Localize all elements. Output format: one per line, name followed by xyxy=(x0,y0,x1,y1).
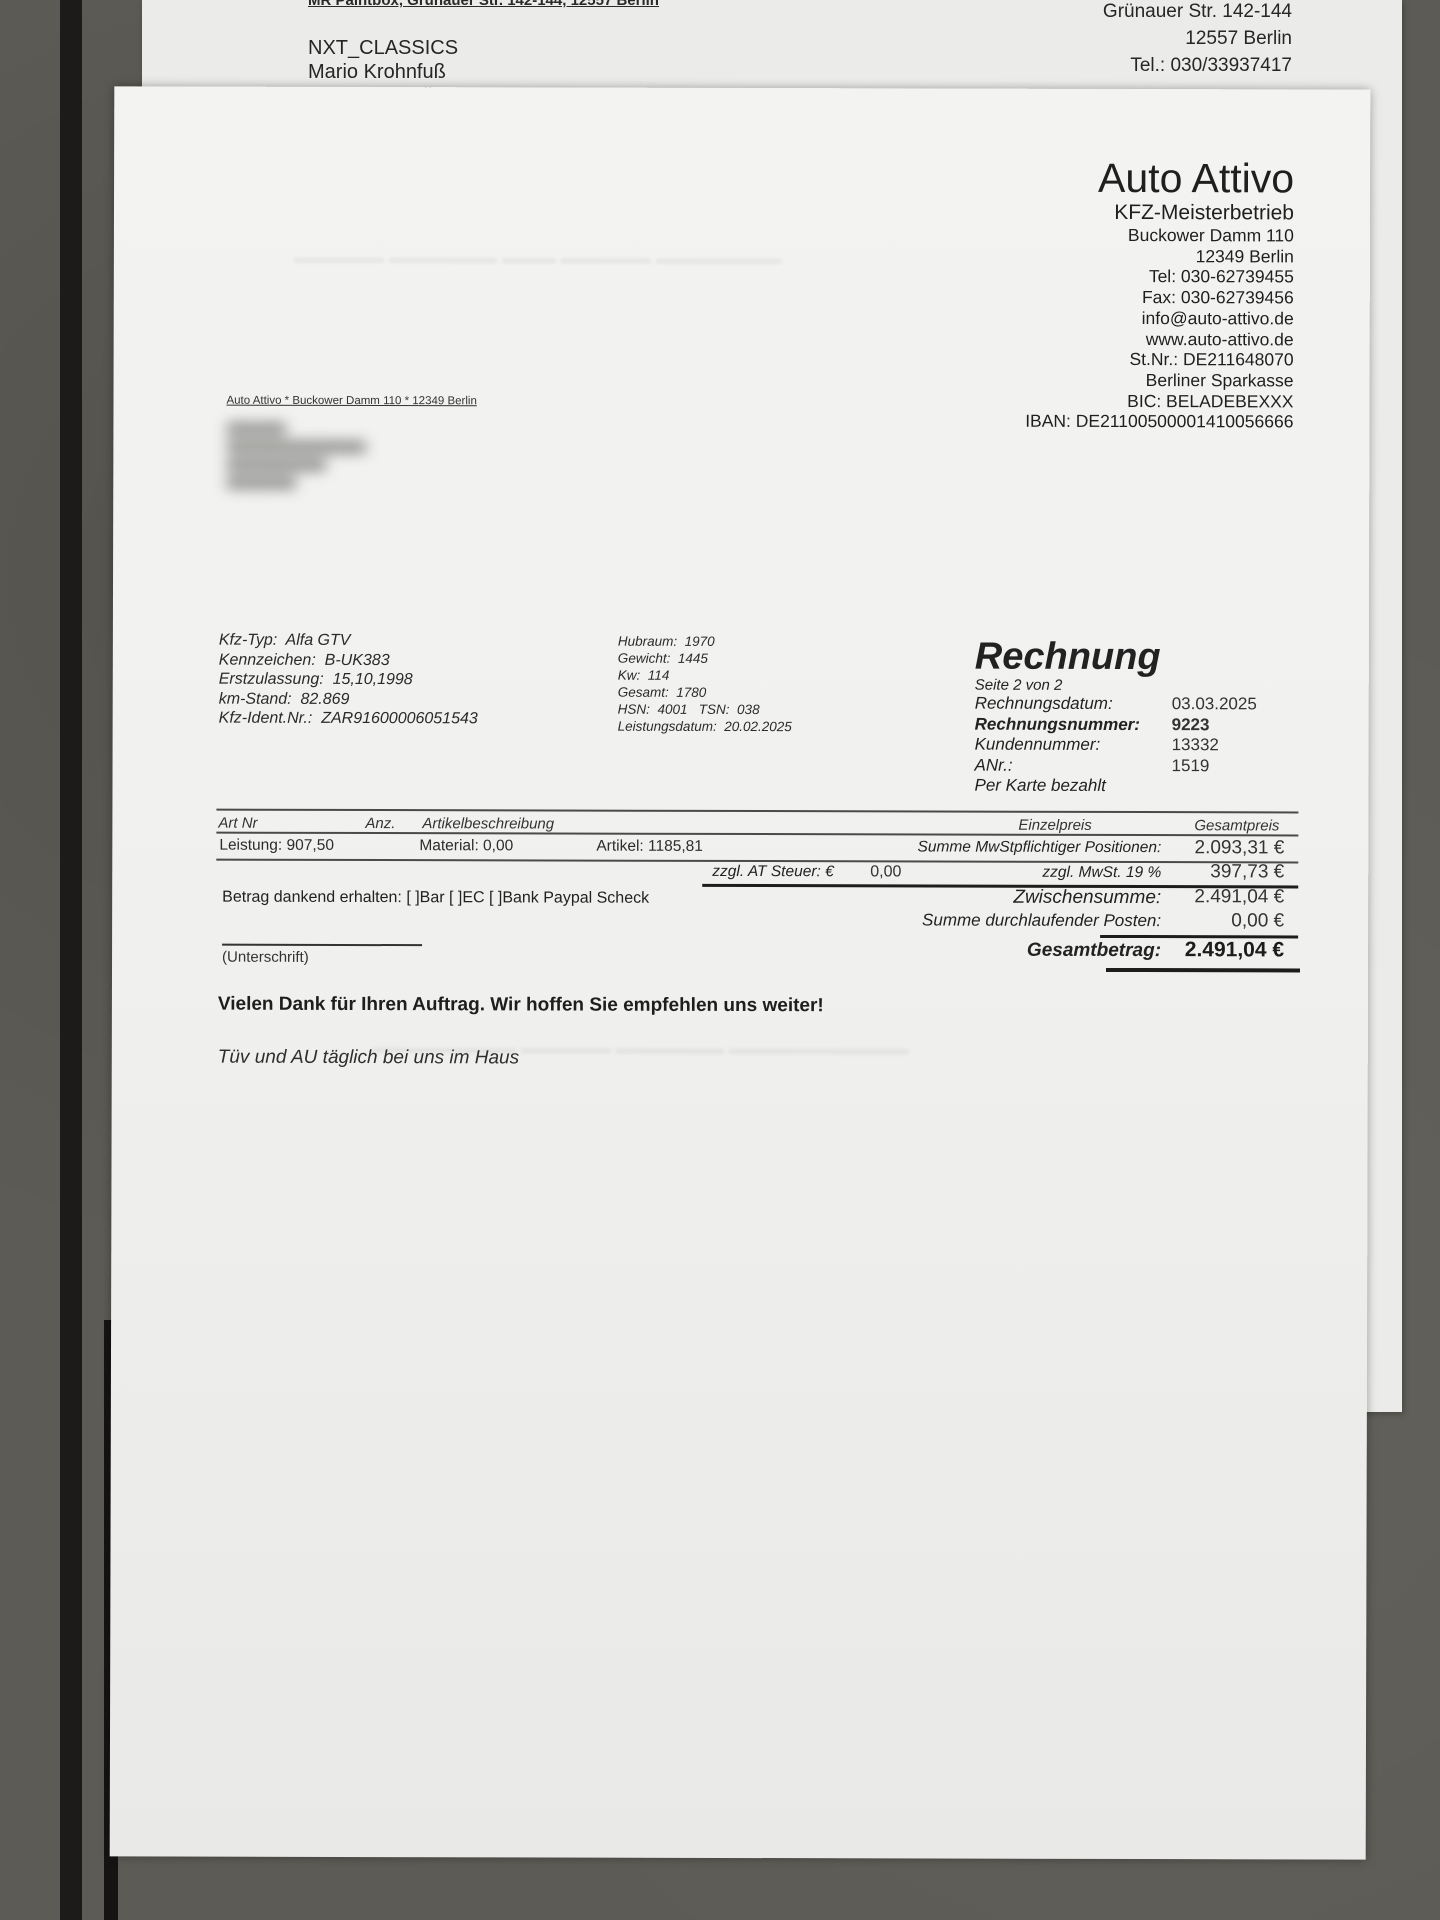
back-recipient-line: NXT_CLASSICS xyxy=(308,36,471,60)
labor-total: Leistung: 907,50 xyxy=(219,837,334,855)
invoice-number: 9223 xyxy=(1172,715,1210,736)
at-tax-value: 0,00 xyxy=(870,863,901,881)
total-rule xyxy=(1106,968,1300,973)
table-top-rule xyxy=(216,809,1298,814)
company-name: Auto Attivo xyxy=(1026,155,1294,202)
back-company-address: Grünauer Str. 142-144 12557 Berlin Tel.:… xyxy=(1103,0,1292,79)
invoice-date: 03.03.2025 xyxy=(1172,694,1257,715)
recipient-address-redacted xyxy=(226,417,376,507)
company-street: Buckower Damm 110 xyxy=(1026,225,1294,246)
vehicle-specs: Hubraum: 1970 Gewicht: 1445 Kw: 114 Gesa… xyxy=(618,633,792,735)
vehicle-vin: Kfz-Ident.Nr.: ZAR91600006051543 xyxy=(219,709,478,729)
signature-label: (Unterschrift) xyxy=(222,949,309,966)
articles-total: Artikel: 1185,81 xyxy=(596,838,703,856)
back-company-line: Grünauer Str. 142-144 xyxy=(1103,0,1292,25)
company-city: 12349 Berlin xyxy=(1026,245,1294,266)
company-subtitle: KFZ-Meisterbetrieb xyxy=(1026,201,1294,226)
company-phone: Tel: 030-62739455 xyxy=(1026,266,1294,287)
page-indicator: Seite 2 von 2 xyxy=(975,677,1257,695)
vehicle-type: Kfz-Typ: Alfa GTV xyxy=(219,631,478,651)
back-sender-line: MR Paintbox, Grünauer Str. 142-144, 1255… xyxy=(308,0,659,9)
invoice-header: Rechnung Seite 2 von 2 Rechnungsdatum:03… xyxy=(974,637,1257,797)
column-header-art-nr: Art Nr xyxy=(218,815,257,832)
company-tax-number: St.Nr.: DE211648070 xyxy=(1025,349,1293,370)
vat-label: zzgl. MwSt. 19 % xyxy=(1042,864,1161,882)
column-header-unit-price: Einzelpreis xyxy=(1018,817,1091,834)
subtotal-label: Zwischensumme: xyxy=(1013,887,1161,909)
passthrough-label: Summe durchlaufender Posten: xyxy=(922,910,1161,931)
invoice-number-row: Rechnungsnummer:9223 xyxy=(975,714,1257,735)
company-fax: Fax: 030-62739456 xyxy=(1026,287,1294,308)
back-company-line: 12557 Berlin xyxy=(1103,25,1292,52)
vehicle-plate: Kennzeichen: B-UK383 xyxy=(219,650,478,670)
at-tax-label: zzgl. AT Steuer: € xyxy=(712,863,834,881)
company-bank: Berliner Sparkasse xyxy=(1025,370,1293,391)
company-email: info@auto-attivo.de xyxy=(1025,308,1293,329)
vehicle-displacement: Hubraum: 1970 xyxy=(618,633,792,650)
payment-note: Per Karte bezahlt xyxy=(974,776,1256,797)
invoice-title: Rechnung xyxy=(975,637,1257,678)
taxable-sum-label: Summe MwStpflichtiger Positionen: xyxy=(918,838,1162,857)
vehicle-info: Kfz-Typ: Alfa GTV Kennzeichen: B-UK383 E… xyxy=(219,631,478,729)
column-header-total-price: Gesamtpreis xyxy=(1194,817,1279,834)
vehicle-registration: Erstzulassung: 15,10,1998 xyxy=(219,670,478,690)
payment-received-options: Betrag dankend erhalten: [ ]Bar [ ]EC [ … xyxy=(222,889,649,908)
taxable-sum-value: 2.093,31 € xyxy=(1194,837,1284,859)
anr-number: 1519 xyxy=(1172,756,1210,777)
company-iban: IBAN: DE21100500001410056666 xyxy=(1025,411,1293,432)
vehicle-mileage: km-Stand: 82.869 xyxy=(219,689,478,709)
subtotal-value: 2.491,04 € xyxy=(1194,886,1284,908)
table-header-rule xyxy=(216,832,1298,837)
show-through-text: ▬▬▬▬▬ ▬▬▬▬▬▬ ▬▬▬ ▬▬▬▬▬ ▬▬▬▬▬▬▬ xyxy=(294,247,994,270)
passthrough-value: 0,00 € xyxy=(1231,910,1284,932)
material-total: Material: 0,00 xyxy=(419,837,513,855)
back-company-line: Tel.: 030/33937417 xyxy=(1103,52,1292,79)
company-header: Auto Attivo KFZ-Meisterbetrieb Buckower … xyxy=(1025,155,1294,433)
grand-total-value: 2.491,04 € xyxy=(1185,938,1284,962)
vat-value: 397,73 € xyxy=(1210,861,1284,883)
invoice-sheet: ▬▬▬▬▬ ▬▬▬▬▬▬ ▬▬▬ ▬▬▬▬▬ ▬▬▬▬▬▬▬ ▬▬▬▬▬▬▬▬ … xyxy=(110,86,1371,1859)
company-bic: BIC: BELADEBEXXX xyxy=(1025,390,1293,411)
background-rail xyxy=(60,0,82,1920)
service-date: Leistungsdatum: 20.02.2025 xyxy=(618,718,792,735)
back-recipient-line: Mario Krohnfuß xyxy=(308,60,471,84)
invoice-date-row: Rechnungsdatum:03.03.2025 xyxy=(975,694,1257,715)
anr-row: ANr.:1519 xyxy=(975,755,1257,776)
customer-number: 13332 xyxy=(1172,735,1219,756)
vehicle-total-weight: Gesamt: 1780 xyxy=(618,684,792,701)
sender-return-address: Auto Attivo * Buckower Damm 110 * 12349 … xyxy=(226,395,476,408)
thank-you-message: Vielen Dank für Ihren Auftrag. Wir hoffe… xyxy=(218,994,824,1018)
grand-total-label: Gesamtbetrag: xyxy=(1027,940,1161,962)
vehicle-weight: Gewicht: 1445 xyxy=(618,650,792,667)
column-header-anz: Anz. xyxy=(365,815,395,832)
customer-number-row: Kundennummer:13332 xyxy=(975,735,1257,756)
column-header-description: Artikelbeschreibung xyxy=(422,815,554,832)
service-note: Tüv und AU täglich bei uns im Haus xyxy=(218,1047,519,1070)
vehicle-kw: Kw: 114 xyxy=(618,667,792,684)
vehicle-hsn-tsn: HSN: 4001 TSN: 038 xyxy=(618,701,792,718)
company-website: www.auto-attivo.de xyxy=(1025,328,1293,349)
signature-line xyxy=(222,944,422,947)
